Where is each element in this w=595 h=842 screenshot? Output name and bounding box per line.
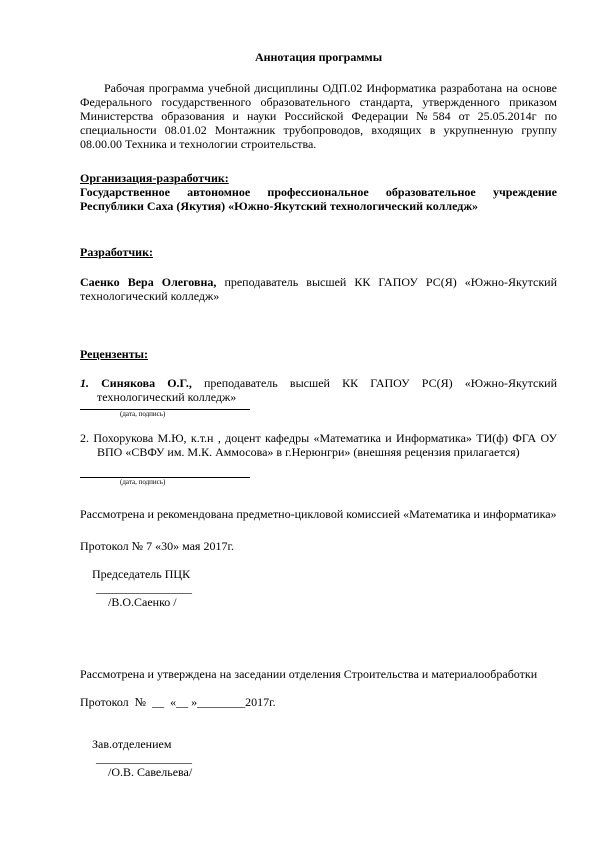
dept-head-signature-name: /О.В. Савельева/ xyxy=(108,765,192,779)
intro-paragraph: Рабочая программа учебной дисциплины ОДП… xyxy=(80,81,557,151)
dept-head-signature-blank: ________________ xyxy=(96,751,192,765)
pck-approval-text: Рассмотрена и рекомендована предметно-ци… xyxy=(80,507,557,521)
developer-name: Саенко Вера Олеговна, xyxy=(80,275,216,289)
signature-caption: (дата, подпись) xyxy=(80,478,557,487)
signature-caption: (дата, подпись) xyxy=(80,410,557,419)
reviewer-item-2: 2. Похорукова М.Ю, к.т.н , доцент кафедр… xyxy=(80,431,557,459)
developer-org-heading: Организация-разработчик: xyxy=(80,171,557,185)
dept-protocol-text: Протокол № __ «__ »________2017г. xyxy=(80,695,557,709)
document-page: Аннотация программы Рабочая программа уч… xyxy=(0,0,595,842)
pck-chair-signature-blank: ________________ xyxy=(96,581,192,595)
reviewer-number: 2. xyxy=(80,431,89,445)
developer-org-body: Государственное автономное профессиональ… xyxy=(80,185,557,213)
reviewers-heading: Рецензенты: xyxy=(80,347,557,361)
reviewer-number: 1. xyxy=(80,376,89,390)
document-title: Аннотация программы xyxy=(80,50,557,64)
pck-chair-label: Председатель ПЦК xyxy=(92,567,190,581)
reviewer-text: Похорукова М.Ю, к.т.н , доцент кафедры «… xyxy=(93,431,557,459)
pck-chair-signature-name: /В.О.Саенко / xyxy=(108,595,177,609)
developer-heading: Разработчик: xyxy=(80,245,557,259)
reviewer-item-1: 1. Синякова О.Г., преподаватель высшей К… xyxy=(80,376,557,404)
dept-approval-text: Рассмотрена и утверждена на заседании от… xyxy=(80,667,557,681)
dept-head-row: Зав.отделением ________________ /О.В. Са… xyxy=(80,723,557,793)
developer-line: Саенко Вера Олеговна, преподаватель высш… xyxy=(80,275,557,303)
pck-protocol-text: Протокол № 7 «30» мая 2017г. xyxy=(80,539,557,553)
pck-chair-row: Председатель ПЦК ________________ /В.О.С… xyxy=(80,553,557,623)
reviewer-name: Синякова О.Г., xyxy=(101,376,192,390)
dept-head-label: Зав.отделением xyxy=(92,737,171,751)
